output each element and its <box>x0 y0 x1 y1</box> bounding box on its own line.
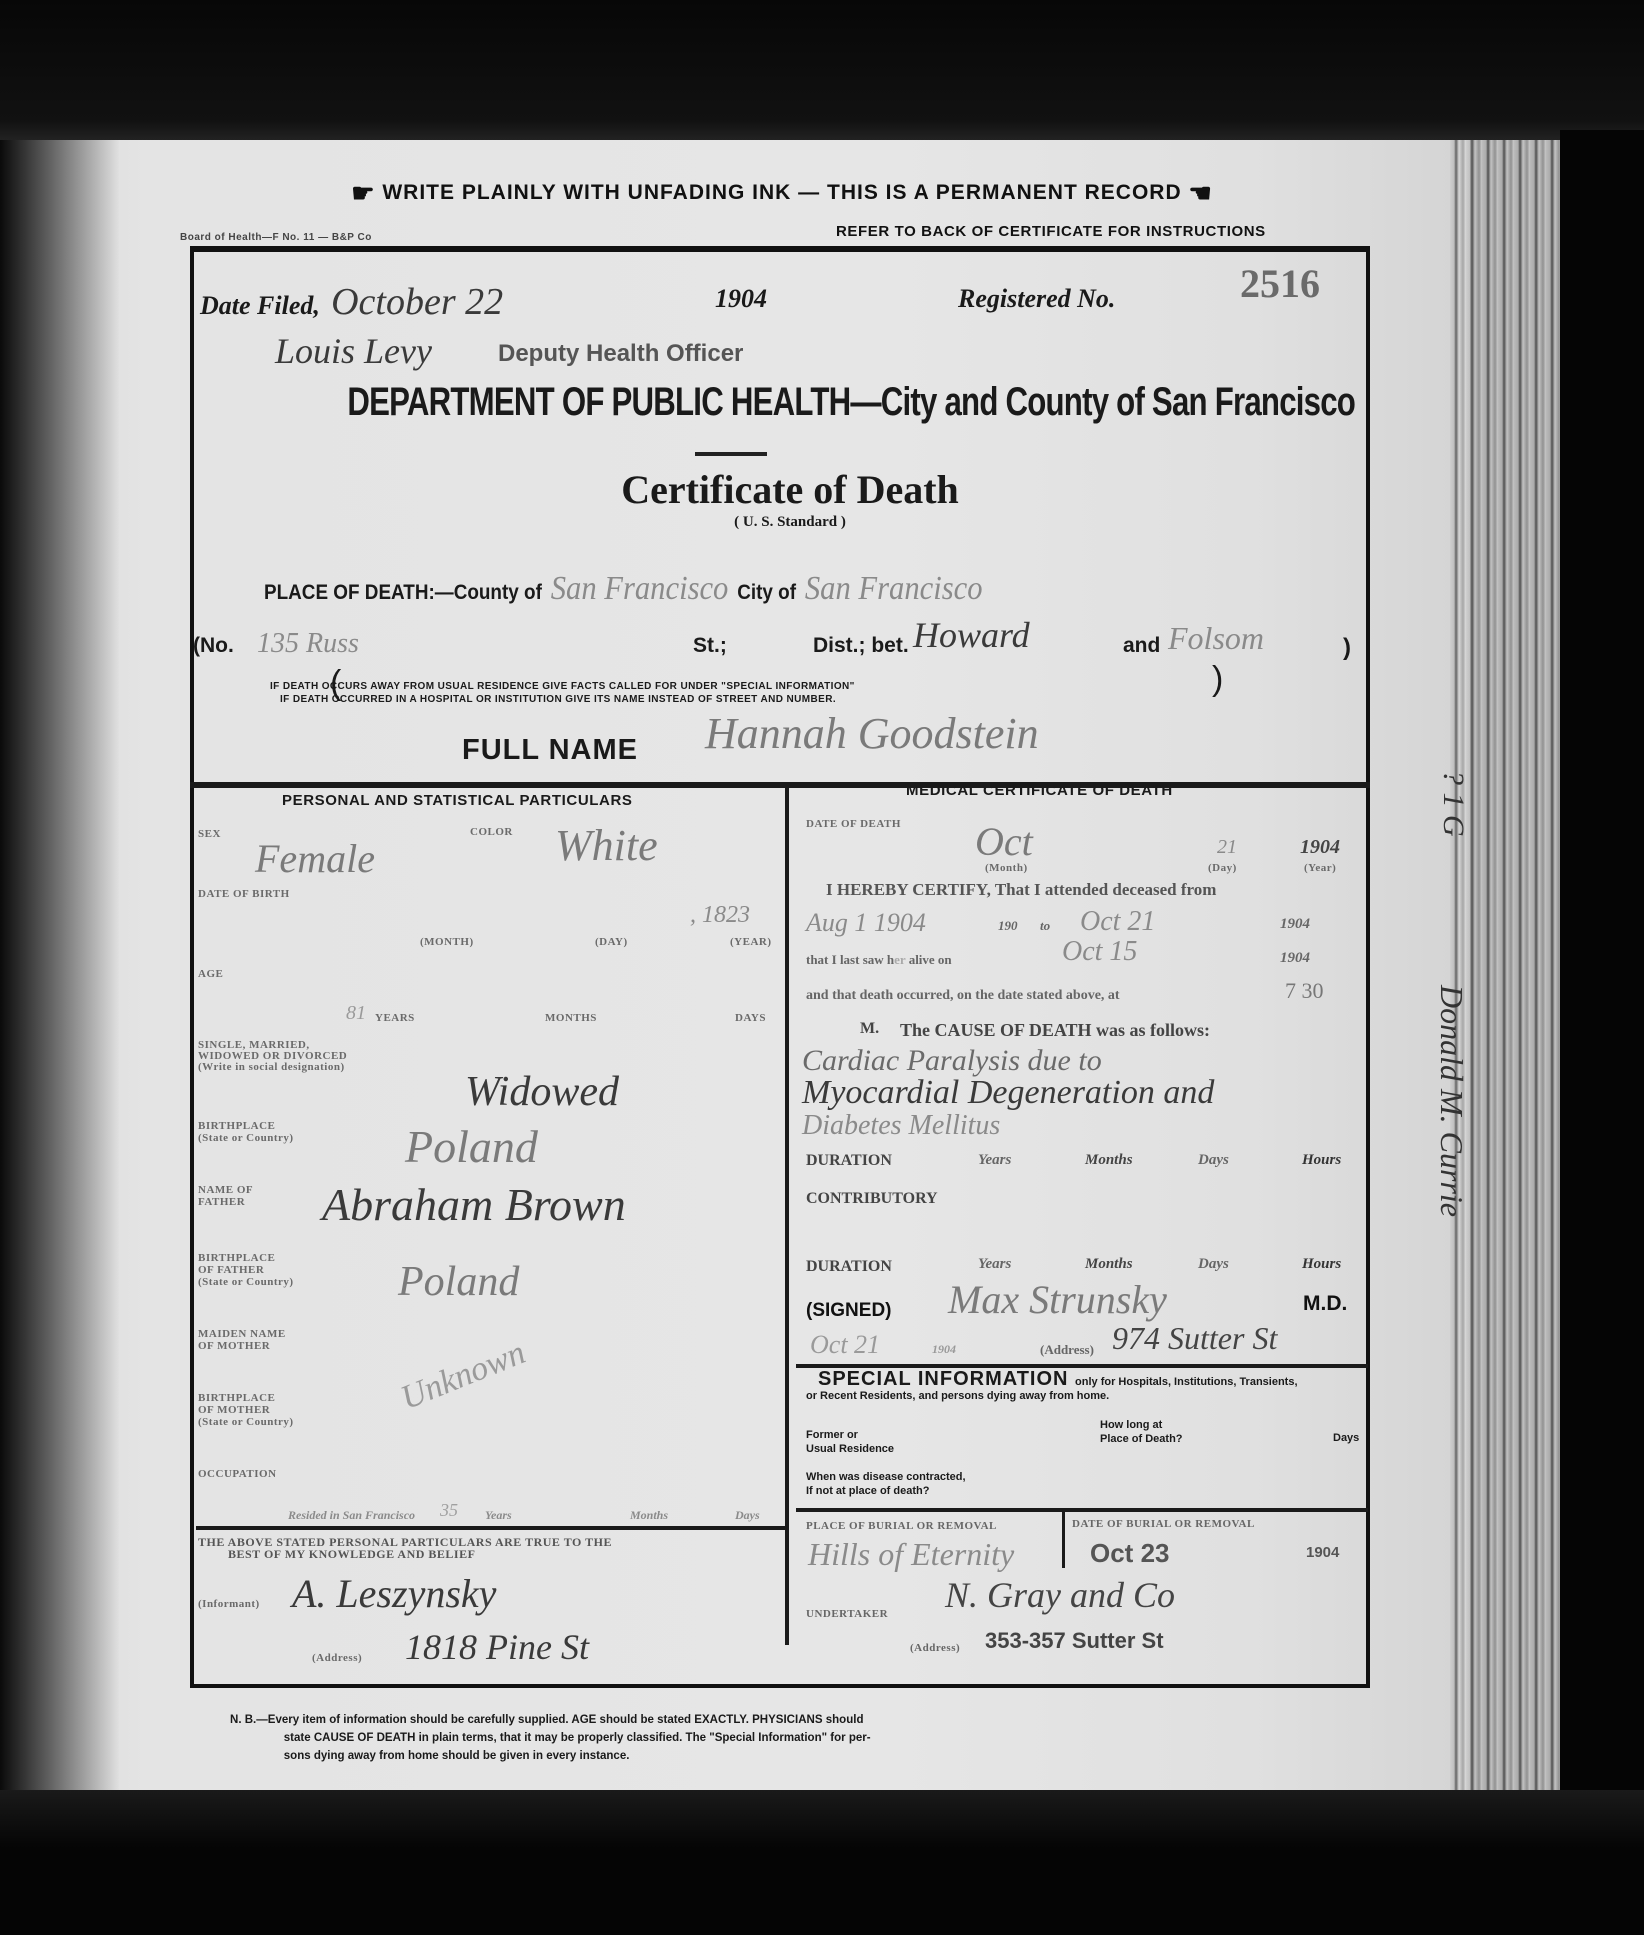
special-info-heading: SPECIAL INFORMATION only for Hospitals, … <box>818 1368 1298 1391</box>
date-filed: Date Filed, October 22 <box>200 280 503 324</box>
father-birthplace-label: BIRTHPLACE OF FATHER (State or Country) <box>198 1252 294 1288</box>
death-year-value: 1904 <box>1300 836 1340 859</box>
dob-year-label: (Year) <box>730 936 772 948</box>
how-long-line2: Place of Death? <box>1100 1432 1183 1446</box>
resided-years-value: 35 <box>440 1500 458 1521</box>
burial-column-divider <box>1062 1512 1065 1568</box>
birthplace-label: BIRTHPLACE (State or Country) <box>198 1120 294 1144</box>
certificate-title: Certificate of Death <box>400 466 1180 513</box>
undertaker-value: N. Gray and Co <box>945 1574 1175 1616</box>
margin-note-index: ? 1 G <box>1436 770 1470 837</box>
marital-label-line3: (Write in social designation) <box>198 1062 347 1073</box>
age-label: AGE <box>198 968 223 980</box>
how-long-label: How long at Place of Death? <box>1100 1418 1183 1446</box>
burial-place-value: Hills of Eternity <box>808 1536 1014 1573</box>
color-label: COLOR <box>470 826 513 838</box>
title-divider <box>695 452 767 456</box>
md-label: M.D. <box>1303 1292 1347 1316</box>
date-of-death-label: DATE OF DEATH <box>806 818 901 830</box>
registered-number: 2516 <box>1240 260 1320 307</box>
district-label: Dist.; bet. <box>813 634 909 658</box>
last-saw-text: that I last saw h <box>806 952 894 967</box>
resided-years-label: Years <box>485 1508 512 1523</box>
signed-label: (SIGNED) <box>806 1300 892 1322</box>
burial-date-label: DATE of BURIAL or REMOVAL <box>1072 1518 1255 1530</box>
mother-bp-label-line3: (State or Country) <box>198 1416 294 1428</box>
alive-on-text: alive on <box>909 952 952 967</box>
scanner-background-right <box>1560 130 1644 1830</box>
certificate-frame <box>190 246 1370 1688</box>
contracted-line2: If not at place of death? <box>806 1484 966 1498</box>
margin-note-name: Donald M. Currie <box>1433 985 1470 1217</box>
dob-day-label: (Day) <box>595 936 628 948</box>
footnote-line2: state CAUSE OF DEATH in plain terms, tha… <box>230 1728 1286 1746</box>
standard-subtitle: ( U. S. Standard ) <box>400 514 1180 531</box>
street-no-label: (No. <box>193 634 234 658</box>
permanent-record-notice: ☛ WRITE PLAINLY WITH UNFADING INK — THIS… <box>232 178 1332 209</box>
full-name-value: Hannah Goodstein <box>705 708 1039 759</box>
place-of-death-row: PLACE OF DEATH:—County of San Francisco … <box>264 570 986 608</box>
scanner-background-top <box>0 0 1644 150</box>
informant-address-value: 1818 Pine St <box>405 1626 589 1668</box>
between-street-1: Howard <box>913 614 1030 656</box>
how-long-line1: How long at <box>1100 1418 1183 1432</box>
medical-heading: MEDICAL CERTIFICATE OF DEATH <box>906 782 1173 799</box>
printer-stamp: Board of Health—F No. 11 — B&P Co <box>180 232 372 243</box>
duration-days-2: Days <box>1198 1256 1229 1273</box>
dob-label: DATE OF BIRTH <box>198 888 290 900</box>
duration-hours-2: Hours <box>1302 1256 1341 1273</box>
footnote: N. B.—Every item of information should b… <box>230 1710 1286 1764</box>
from-year-print: 190 <box>998 918 1018 934</box>
street-no-value: 135 Russ <box>257 628 359 660</box>
certify-statement: I HEREBY CERTIFY, That I attended deceas… <box>826 880 1216 900</box>
department-title: DEPARTMENT OF PUBLIC HEALTH—City and Cou… <box>347 380 1236 425</box>
father-label-line2: FATHER <box>198 1196 253 1208</box>
page-shadow-left <box>0 140 120 1880</box>
duration-months: Months <box>1085 1152 1133 1169</box>
street-label: St.; <box>693 634 727 658</box>
scanner-background-bottom <box>0 1790 1644 1935</box>
attest-line2: BEST OF MY KNOWLEDGE AND BELIEF <box>198 1548 612 1560</box>
between-street-2: Folsom <box>1168 620 1264 657</box>
special-info-note: only for Hospitals, Institutions, Transi… <box>1075 1376 1297 1388</box>
refer-instructions: REFER TO BACK OF CERTIFICATE FOR INSTRUC… <box>836 223 1266 240</box>
mother-bp-label-line1: BIRTHPLACE <box>198 1392 294 1404</box>
signed-date: Oct 21 <box>810 1330 880 1360</box>
age-years-label: Years <box>375 1012 415 1024</box>
undertaker-label: UNDERTAKER <box>806 1608 888 1620</box>
father-birthplace-value: Poland <box>398 1258 519 1306</box>
physician-signature: Max Strunsky <box>948 1276 1167 1323</box>
resided-days-label: Days <box>735 1508 760 1523</box>
residence-note: IF DEATH OCCURS AWAY FROM USUAL RESIDENC… <box>270 680 855 706</box>
dob-month-label: (Month) <box>420 936 474 948</box>
undertaker-address-label: (Address) <box>910 1642 960 1654</box>
column-divider <box>785 785 789 1645</box>
duration-years: Years <box>978 1152 1011 1169</box>
full-name-label: FULL NAME <box>462 734 638 767</box>
marital-label: SINGLE, MARRIED, WIDOWED OR DIVORCED (Wr… <box>198 1040 347 1073</box>
father-name-label: NAME OF FATHER <box>198 1184 253 1208</box>
death-year-label: (Year) <box>1304 862 1336 874</box>
mother-birthplace-label: BIRTHPLACE OF MOTHER (State or Country) <box>198 1392 294 1428</box>
residence-note-line1: IF DEATH OCCURS AWAY FROM USUAL RESIDENC… <box>270 680 855 693</box>
officer-title: Deputy Health Officer <box>498 340 743 368</box>
place-of-death-label: PLACE OF DEATH:—County of <box>264 581 542 604</box>
mother-maiden-name-label: MAIDEN NAME OF MOTHER <box>198 1328 286 1352</box>
signed-year: 1904 <box>932 1342 956 1357</box>
note-close-paren: ) <box>1212 660 1223 699</box>
death-occurred-label: and that death occurred, on the date sta… <box>806 988 1120 1004</box>
duration-label: DURATION <box>806 1152 892 1170</box>
father-bp-label-line1: BIRTHPLACE <box>198 1252 294 1264</box>
city-value: San Francisco <box>805 570 983 607</box>
cause-line-1: Cardiac Paralysis due to <box>802 1044 1102 1078</box>
color-value: White <box>555 820 658 871</box>
former-label-line1: Former or <box>806 1428 894 1442</box>
death-day-value: 21 <box>1217 836 1237 859</box>
section-divider <box>190 782 1370 788</box>
death-month-value: Oct <box>975 818 1033 865</box>
burial-place-label: PLACE OF BURIAL OR REMOVAL <box>806 1520 997 1532</box>
duration-months-2: Months <box>1085 1256 1133 1273</box>
mother-bp-label-line2: OF MOTHER <box>198 1404 294 1416</box>
burial-date-value: Oct 23 <box>1090 1538 1170 1569</box>
special-info-title: SPECIAL INFORMATION <box>818 1368 1068 1390</box>
personal-heading: PERSONAL AND STATISTICAL PARTICULARS <box>282 792 633 809</box>
city-label: City of <box>737 581 796 604</box>
resided-months-label: Months <box>630 1508 668 1523</box>
undertaker-address-value: 353-357 Sutter St <box>985 1628 1164 1654</box>
filing-year: 1904 <box>715 284 767 314</box>
disease-contracted-label: When was disease contracted, If not at p… <box>806 1470 966 1498</box>
date-filed-value: October 22 <box>331 281 503 323</box>
residence-note-line2: IF DEATH OCCURRED IN A HOSPITAL OR INSTI… <box>270 693 855 706</box>
time-suffix: M. <box>860 1020 879 1038</box>
cause-line-2: Myocardial Degeneration and <box>802 1074 1214 1112</box>
officer-signature: Louis Levy <box>275 330 432 372</box>
date-filed-label: Date Filed, <box>200 291 320 320</box>
notice-text: WRITE PLAINLY WITH UNFADING INK — THIS I… <box>382 181 1181 204</box>
cause-line-3: Diabetes Mellitus <box>802 1110 1000 1142</box>
physician-address-label: (Address) <box>1040 1342 1094 1358</box>
sex-value: Female <box>255 835 375 882</box>
informant-address-label: (Address) <box>312 1652 362 1664</box>
pointing-hand-left-icon: ☛ <box>351 178 375 209</box>
last-saw-her: er <box>894 952 905 967</box>
last-saw-year: 1904 <box>1280 950 1310 967</box>
duration-label-2: DURATION <box>806 1258 892 1276</box>
contributory-label: CONTRIBUTORY <box>806 1190 938 1208</box>
informant-divider <box>196 1526 786 1530</box>
resided-label: Resided in San Francisco <box>288 1508 415 1523</box>
special-info-note2: or Recent Residents, and persons dying a… <box>806 1390 1109 1402</box>
birthplace-value: Poland <box>405 1120 538 1173</box>
and-label: and <box>1123 634 1160 658</box>
father-label-line1: NAME OF <box>198 1184 253 1196</box>
mother-label-line1: MAIDEN NAME <box>198 1328 286 1340</box>
duration-days: Days <box>1198 1152 1229 1169</box>
footnote-line3: sons dying away from home should be give… <box>230 1746 1286 1764</box>
time-of-death: 7 30 <box>1285 978 1324 1004</box>
how-long-days-label: Days <box>1333 1432 1359 1444</box>
mother-label-line2: OF MOTHER <box>198 1340 286 1352</box>
last-saw-date: Oct 15 <box>1062 936 1137 968</box>
age-days-label: Days <box>735 1012 766 1024</box>
county-value: San Francisco <box>551 570 729 607</box>
age-months-label: Months <box>545 1012 597 1024</box>
dob-year-value: , 1823 <box>690 902 750 929</box>
to-label: to <box>1040 918 1050 934</box>
death-month-label: (Month) <box>985 862 1028 874</box>
birthplace-label-line1: BIRTHPLACE <box>198 1120 294 1132</box>
pointing-hand-right-icon: ☚ <box>1188 178 1212 209</box>
close-paren: ) <box>1343 634 1351 662</box>
marital-value: Widowed <box>465 1068 619 1116</box>
cause-label: The CAUSE OF DEATH was as follows: <box>900 1020 1210 1041</box>
contracted-line1: When was disease contracted, <box>806 1470 966 1484</box>
father-bp-label-line2: OF FATHER <box>198 1264 294 1276</box>
father-name-value: Abraham Brown <box>322 1178 626 1231</box>
attended-to-value: Oct 21 <box>1080 906 1155 938</box>
burial-year-value: 1904 <box>1306 1544 1339 1561</box>
father-bp-label-line3: (State or Country) <box>198 1276 294 1288</box>
footnote-line1: N. B.—Every item of information should b… <box>230 1712 863 1726</box>
duration-hours: Hours <box>1302 1152 1341 1169</box>
sex-label: SEX <box>198 828 221 840</box>
registered-no-label: Registered No. <box>958 284 1115 314</box>
burial-divider <box>796 1508 1368 1512</box>
former-residence-label: Former or Usual Residence <box>806 1428 894 1456</box>
physician-address-value: 974 Sutter St <box>1112 1320 1277 1357</box>
age-years-value: 81 <box>346 1002 366 1025</box>
duration-years-2: Years <box>978 1256 1011 1273</box>
attended-from-value: Aug 1 1904 <box>806 908 926 938</box>
former-label-line2: Usual Residence <box>806 1442 894 1456</box>
attest-statement: THE ABOVE STATED PERSONAL PARTICULARS AR… <box>198 1536 612 1560</box>
informant-value: A. Leszynsky <box>292 1570 496 1617</box>
informant-label: (Informant) <box>198 1598 260 1610</box>
last-saw-label: that I last saw her alive on <box>806 952 952 968</box>
attended-to-year: 1904 <box>1280 916 1310 933</box>
ledger-page-edges <box>1450 140 1560 1800</box>
death-day-label: (Day) <box>1208 862 1237 874</box>
birthplace-label-line2: (State or Country) <box>198 1132 294 1144</box>
occupation-label: OCCUPATION <box>198 1468 277 1480</box>
